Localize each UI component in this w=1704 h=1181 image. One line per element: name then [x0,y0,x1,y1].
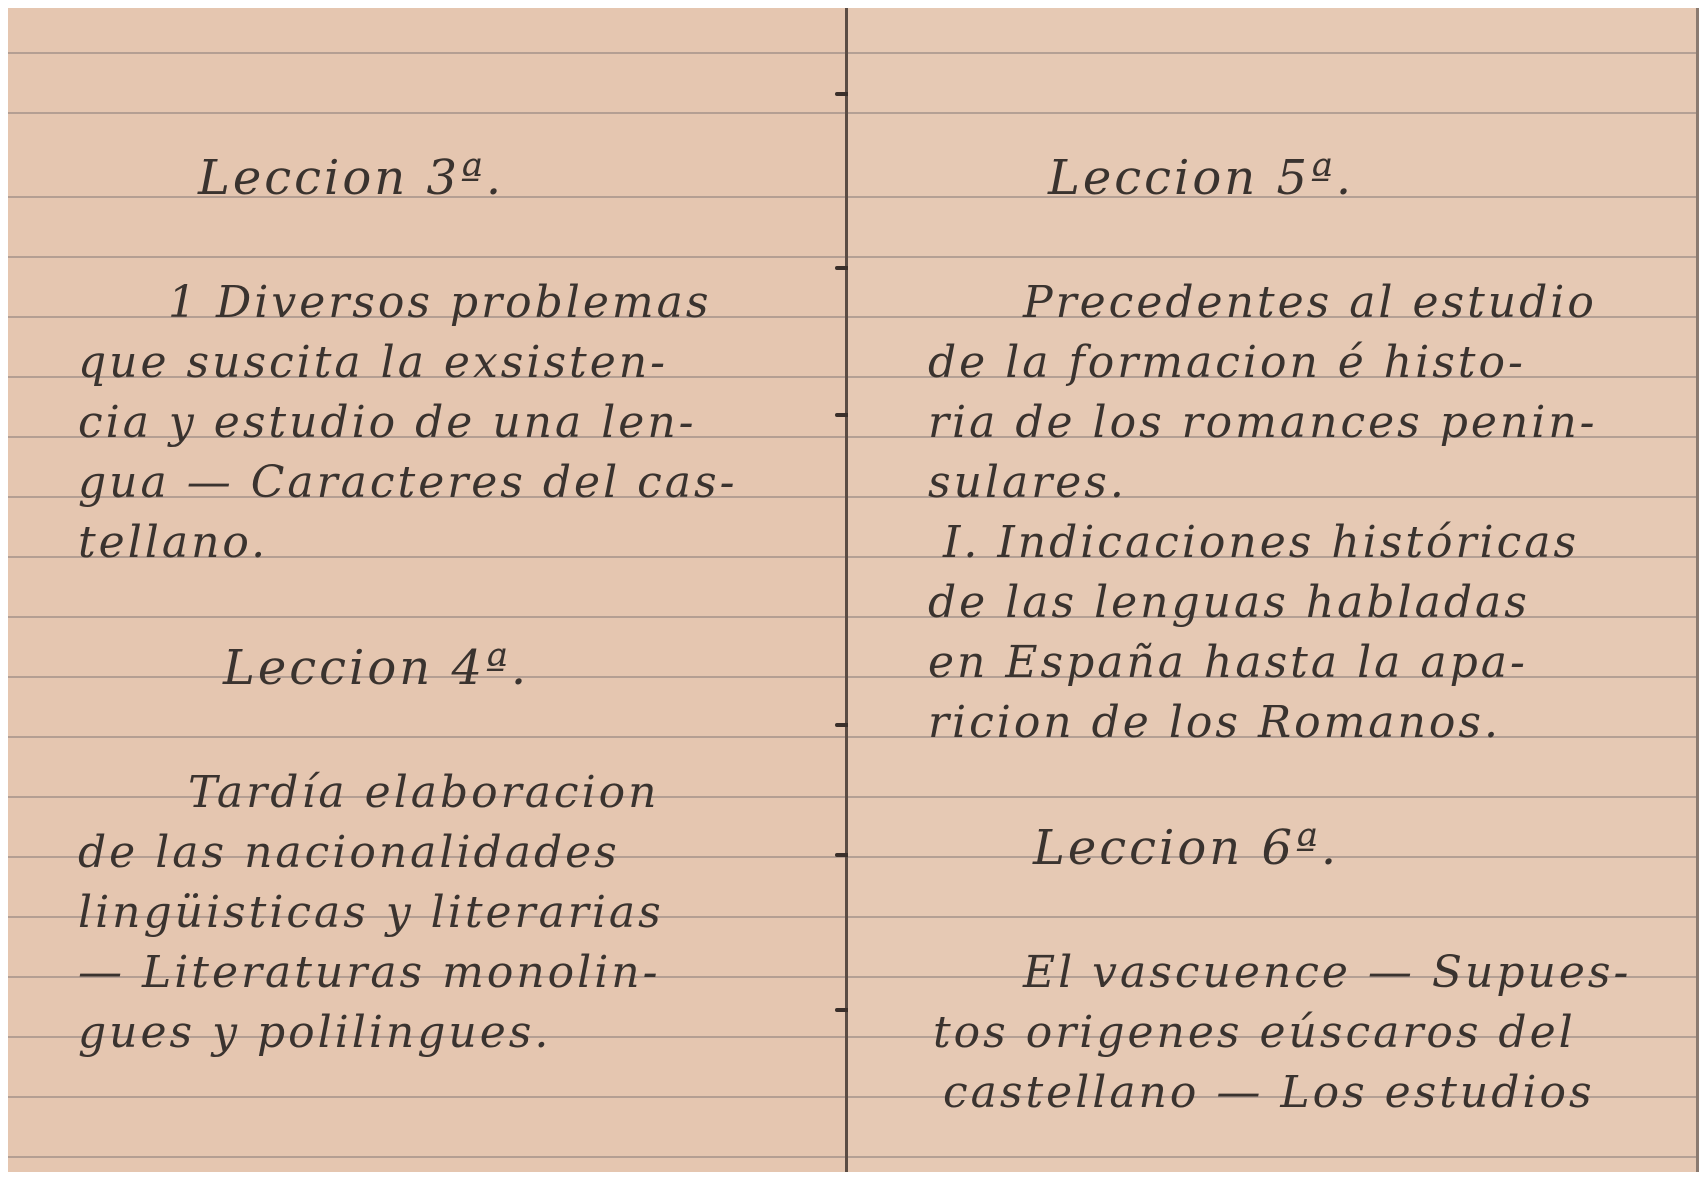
lesson-5-line: I. Indicaciones históricas [943,513,1579,573]
lesson-5-heading: Leccion 5ª. [1048,148,1354,208]
lesson-3-line: cia y estudio de una len- [78,393,697,453]
lesson-3-line: gua — Caracteres del cas- [78,453,737,513]
lesson-3-line: tellano. [78,513,268,573]
left-page: Leccion 3ª. 1 Diversos problemas que sus… [8,8,846,1172]
lesson-5-line: ria de los romances penin- [928,393,1598,453]
right-page: Leccion 5ª. Precedentes al estudio de la… [848,8,1699,1172]
lesson-4-line: de las nacionalidades [78,823,620,883]
lesson-4-line: gues y polilingues. [78,1003,551,1063]
lesson-4-line: Tardía elaboracion [188,763,659,823]
lesson-5-line: sulares. [928,453,1127,513]
lesson-3-line: 1 Diversos problemas [168,273,711,333]
lesson-5-line: de la formacion é histo- [928,333,1526,393]
lesson-6-line: El vascuence — Supues- [1023,943,1631,1003]
lesson-6-heading: Leccion 6ª. [1033,818,1339,878]
lesson-3-line: que suscita la exsisten- [78,333,668,393]
lesson-4-line: — Literaturas monolin- [78,943,661,1003]
lesson-5-line: Precedentes al estudio [1023,273,1597,333]
lesson-5-line: de las lenguas habladas [928,573,1530,633]
open-notebook: Leccion 3ª. 1 Diversos problemas que sus… [8,8,1696,1172]
lesson-6-line: castellano — Los estudios [943,1063,1595,1123]
lesson-3-heading: Leccion 3ª. [198,148,504,208]
lesson-5-line: ricion de los Romanos. [928,693,1501,753]
lesson-4-heading: Leccion 4ª. [223,638,529,698]
lesson-4-line: lingüisticas y literarias [78,883,664,943]
lesson-6-line: tos origenes eúscaros del [933,1003,1576,1063]
lesson-5-line: en España hasta la apa- [928,633,1528,693]
